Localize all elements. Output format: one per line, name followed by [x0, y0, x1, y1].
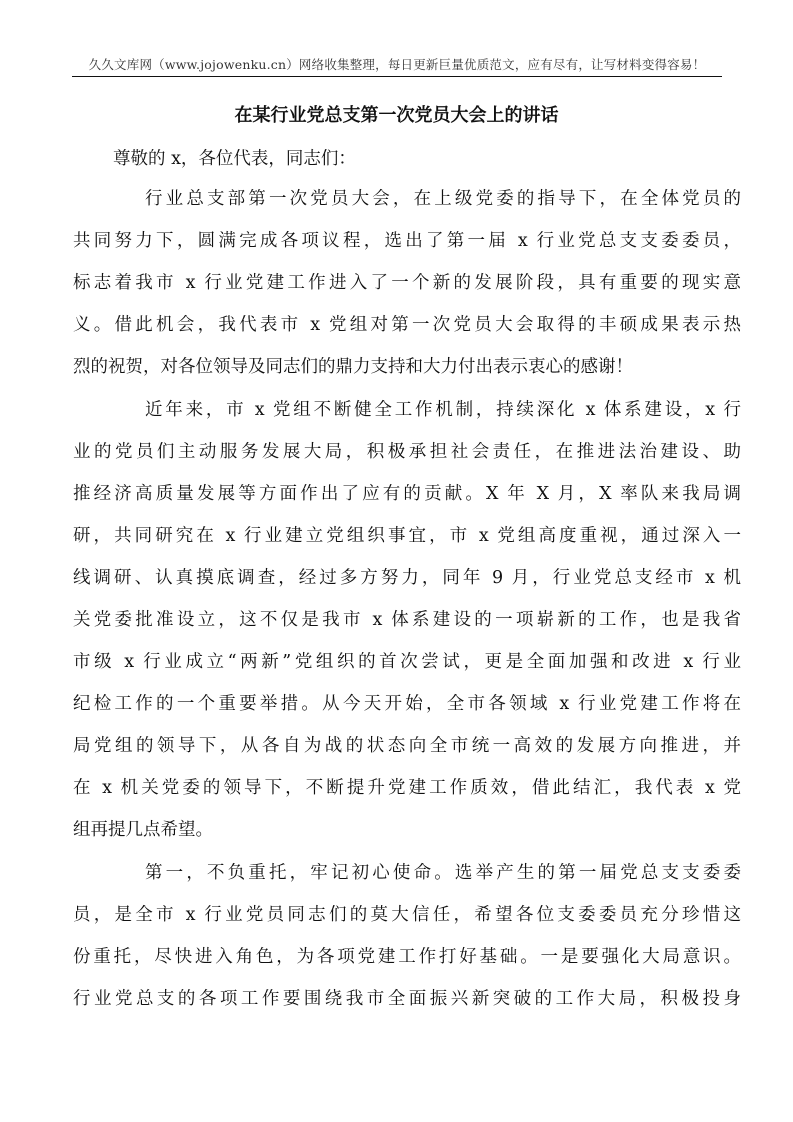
paragraph-line: 组再提几点希望。 [73, 817, 741, 843]
paragraph-line: 在 x 机关党委的领导下，不断提升党建工作质效，借此结汇，我代表 x 党 [73, 775, 741, 801]
page-header: 久久文库网（www.jojowenku.cn）网络收集整理，每日更新巨量优质范文… [72, 56, 722, 77]
paragraph-line: 研，共同研究在 x 行业建立党组织事宜，市 x 党组高度重视，通过深入一 [73, 523, 741, 549]
paragraph-line: 行业党总支的各项工作要围绕我市全面振兴新突破的工作大局，积极投身 [73, 986, 741, 1012]
paragraph-line: 行业总支部第一次党员大会，在上级党委的指导下，在全体党员的 [145, 186, 741, 212]
paragraph-line: 纪检工作的一个重要举措。从今天开始，全市各领域 x 行业党建工作将在 [73, 691, 741, 717]
paragraph-line: 第一，不负重托，牢记初心使命。选举产生的第一届党总支支委委 [145, 860, 741, 886]
paragraph-line: 义。借此机会，我代表市 x 党组对第一次党员大会取得的丰硕成果表示热 [73, 312, 741, 338]
paragraph-line: 局党组的领导下，从各自为战的状态向全市统一高效的发展方向推进，并 [73, 733, 741, 759]
header-text: 久久文库网（www.jojowenku.cn）网络收集整理，每日更新巨量优质范文… [89, 57, 706, 72]
paragraph-line: 业的党员们主动服务发展大局，积极承担社会责任，在推进法治建设、助 [73, 439, 741, 465]
paragraph-line: 烈的祝贺，对各位领导及同志们的鼎力支持和大力付出表示衷心的感谢！ [73, 354, 741, 380]
paragraph-line: 员，是全市 x 行业党员同志们的莫大信任，希望各位支委委员充分珍惜这 [73, 902, 741, 928]
paragraph-line: 推经济高质量发展等方面作出了应有的贡献。X 年 X 月，X 率队来我局调 [73, 481, 741, 507]
paragraph-line: 标志着我市 x 行业党建工作进入了一个新的发展阶段，具有重要的现实意 [73, 270, 741, 296]
salutation: 尊敬的 x，各位代表，同志们： [113, 146, 356, 172]
paragraph-line: 共同努力下，圆满完成各项议程，选出了第一届 x 行业党总支支委委员， [73, 228, 741, 254]
paragraph-line: 近年来，市 x 党组不断健全工作机制，持续深化 x 体系建设，x 行 [145, 397, 741, 423]
paragraph-line: 关党委批准设立，这不仅是我市 x 体系建设的一项崭新的工作，也是我省 [73, 607, 741, 633]
paragraph-line: 市级 x 行业成立“两新”党组织的首次尝试，更是全面加强和改进 x 行业 [73, 649, 741, 675]
paragraph-line: 份重托，尽快进入角色，为各项党建工作打好基础。一是要强化大局意识。 [73, 944, 741, 970]
document-title: 在某行业党总支第一次党员大会上的讲话 [0, 103, 793, 129]
paragraph-line: 线调研、认真摸底调查，经过多方努力，同年 9 月，行业党总支经市 x 机 [73, 565, 741, 591]
